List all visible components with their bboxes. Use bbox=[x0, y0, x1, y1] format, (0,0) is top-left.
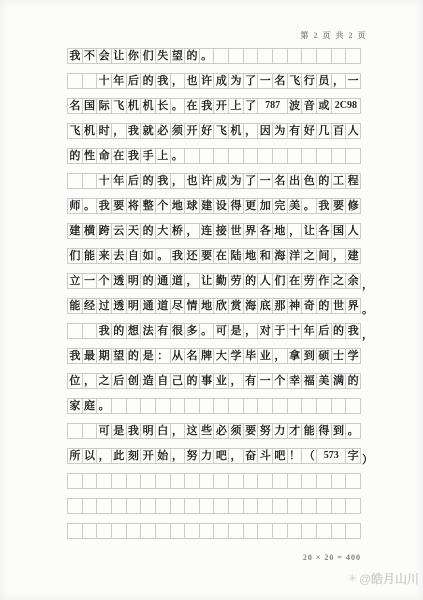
grid-cell: 美 bbox=[288, 199, 302, 213]
grid-row: 十年后的我，也许成为了一名飞行员，一 bbox=[67, 73, 361, 89]
grid-cell: 建 bbox=[200, 199, 214, 213]
grid-cell: 我 bbox=[156, 74, 170, 88]
grid-row: 名国际飞机机长。在我开上了787波音或2C98 bbox=[67, 98, 361, 114]
grid-size-label: 20 × 20 = 400 bbox=[303, 553, 361, 562]
grid-cell-empty bbox=[346, 399, 360, 413]
grid-cell: 们 bbox=[141, 49, 155, 63]
grid-cell: 。 bbox=[200, 49, 214, 63]
grid-cell: ， bbox=[229, 374, 243, 388]
grid-cell-empty bbox=[156, 499, 170, 513]
grid-cell: 明 bbox=[127, 299, 141, 313]
grid-cell: 须 bbox=[229, 424, 243, 438]
grid-cell-empty bbox=[68, 474, 82, 488]
grid-cell: 学 bbox=[346, 349, 360, 363]
grid-cell-empty bbox=[185, 499, 199, 513]
grid-cell: 劳 bbox=[229, 274, 243, 288]
grid-cell-empty bbox=[141, 474, 155, 488]
grid-cell: 去 bbox=[112, 249, 126, 263]
grid-cell: 地 bbox=[273, 224, 287, 238]
grid-cell-empty bbox=[214, 524, 228, 538]
grid-cell: 斗 bbox=[258, 449, 272, 463]
grid-cell-empty bbox=[171, 499, 185, 513]
grid-cell: ， bbox=[332, 74, 346, 88]
grid-cell: 满 bbox=[332, 374, 346, 388]
grid-cell: 的 bbox=[317, 299, 331, 313]
grid-cell-empty bbox=[83, 524, 97, 538]
composition-grid: 我不会让你们失望的。十年后的我，也许成为了一名飞行员，一名国际飞机机长。在我开上… bbox=[67, 48, 361, 548]
grid-cell-empty bbox=[302, 49, 316, 63]
grid-cell: 过 bbox=[97, 299, 111, 313]
grid-cell: 成 bbox=[214, 74, 228, 88]
grid-cell: 好 bbox=[200, 124, 214, 138]
grid-cell-empty bbox=[83, 324, 97, 338]
grid-cell: 还 bbox=[185, 249, 199, 263]
grid-cell-empty bbox=[156, 524, 170, 538]
grid-cell: 也 bbox=[185, 74, 199, 88]
grid-cell: 年 bbox=[302, 324, 316, 338]
grid-cell: 想 bbox=[127, 324, 141, 338]
grid-cell: 一 bbox=[258, 74, 272, 88]
grid-cell: 。 bbox=[171, 149, 185, 163]
grid-cell-empty bbox=[273, 49, 287, 63]
grid-cell: 了 bbox=[244, 174, 258, 188]
grid-cell: 一 bbox=[258, 374, 272, 388]
grid-cell: 在 bbox=[185, 99, 199, 113]
grid-row: 能经过透明通道尽情地欣赏海底那神奇的世界。 bbox=[67, 298, 361, 314]
grid-cell: 是 bbox=[112, 424, 126, 438]
grid-cell: 来 bbox=[97, 249, 111, 263]
grid-cell: 吧 bbox=[273, 449, 287, 463]
grid-cell: 到 bbox=[332, 424, 346, 438]
grid-cell: 立 bbox=[68, 274, 82, 288]
grid-cell-empty bbox=[68, 424, 82, 438]
grid-cell: 时 bbox=[97, 124, 111, 138]
grid-cell: 创 bbox=[127, 374, 141, 388]
grid-cell: 连 bbox=[200, 224, 214, 238]
grid-cell: 位 bbox=[68, 374, 82, 388]
grid-cell: 。 bbox=[200, 324, 214, 338]
grid-cell: 人 bbox=[258, 274, 272, 288]
grid-cell: 开 bbox=[141, 449, 155, 463]
grid-cell: 几 bbox=[317, 124, 331, 138]
grid-cell-empty bbox=[244, 399, 258, 413]
grid-cell: 我 bbox=[97, 199, 111, 213]
grid-cell: 百 bbox=[332, 124, 346, 138]
grid-cell: 的 bbox=[317, 174, 331, 188]
grid-cell: 为 bbox=[229, 174, 243, 188]
grid-cell: 了 bbox=[244, 74, 258, 88]
grid-cell: 就 bbox=[141, 124, 155, 138]
grid-cell: 的 bbox=[141, 274, 155, 288]
grid-cell: 建 bbox=[68, 224, 82, 238]
grid-cell: 我 bbox=[97, 324, 111, 338]
grid-cell: 奋 bbox=[244, 449, 258, 463]
grid-cell: 因 bbox=[258, 124, 272, 138]
grid-row: 我最期望的是：从名牌大学毕业，拿到硕士学 bbox=[67, 348, 361, 364]
overflow-punctuation: ， bbox=[362, 326, 373, 342]
grid-cell-empty bbox=[288, 149, 302, 163]
grid-cell: ， bbox=[332, 249, 346, 263]
grid-cell: 之 bbox=[302, 249, 316, 263]
grid-cell: 我 bbox=[127, 149, 141, 163]
grid-cell: 你 bbox=[127, 49, 141, 63]
grid-cell: 很 bbox=[171, 324, 185, 338]
grid-cell: 飞 bbox=[112, 99, 126, 113]
grid-cell: 世 bbox=[332, 299, 346, 313]
grid-row bbox=[67, 523, 361, 539]
grid-cell: 通 bbox=[141, 299, 155, 313]
grid-cell-empty bbox=[273, 149, 287, 163]
grid-cell-empty bbox=[244, 474, 258, 488]
grid-cell: 从 bbox=[171, 349, 185, 363]
grid-cell: 是 bbox=[229, 324, 243, 338]
grid-cell: 飞 bbox=[214, 124, 228, 138]
grid-cell: 一 bbox=[83, 274, 97, 288]
grid-cell: 一 bbox=[346, 74, 360, 88]
grid-cell-empty bbox=[214, 499, 228, 513]
grid-cell: 际 bbox=[97, 99, 111, 113]
grid-cell: 界 bbox=[244, 224, 258, 238]
grid-cell: ， bbox=[171, 424, 185, 438]
grid-cell: 和 bbox=[258, 249, 272, 263]
grid-cell-empty bbox=[185, 474, 199, 488]
grid-cell: 自 bbox=[127, 249, 141, 263]
grid-cell-empty bbox=[141, 524, 155, 538]
grid-cell: 地 bbox=[200, 299, 214, 313]
grid-cell: 望 bbox=[171, 49, 185, 63]
grid-cell-empty bbox=[156, 399, 170, 413]
grid-cell: 望 bbox=[112, 349, 126, 363]
grid-cell-empty bbox=[317, 499, 331, 513]
grid-cell: 自 bbox=[156, 374, 170, 388]
grid-cell-empty bbox=[273, 524, 287, 538]
grid-cell: 吧 bbox=[214, 449, 228, 463]
grid-cell: 。 bbox=[346, 424, 360, 438]
grid-cell-empty bbox=[112, 474, 126, 488]
grid-cell: 上 bbox=[156, 149, 170, 163]
grid-cell-empty bbox=[244, 499, 258, 513]
scanned-essay-page: 第 2 页 共 2 页 我不会让你们失望的。十年后的我，也许成为了一名飞行员，一… bbox=[0, 0, 423, 600]
grid-cell: ， bbox=[97, 449, 111, 463]
grid-cell: 也 bbox=[185, 174, 199, 188]
grid-cell: 事 bbox=[200, 374, 214, 388]
grid-cell-empty bbox=[185, 399, 199, 413]
grid-cell: 或 bbox=[317, 99, 331, 113]
grid-cell: 业 bbox=[258, 349, 272, 363]
grid-cell-empty bbox=[200, 149, 214, 163]
grid-cell: 得 bbox=[229, 199, 243, 213]
grid-cell: 许 bbox=[200, 74, 214, 88]
grid-cell-empty bbox=[346, 474, 360, 488]
grid-cell: 些 bbox=[200, 424, 214, 438]
grid-cell: 士 bbox=[332, 349, 346, 363]
grid-cell: 国 bbox=[332, 224, 346, 238]
grid-cell: 界 bbox=[346, 299, 360, 313]
grid-cell: 让 bbox=[112, 49, 126, 63]
grid-cell: 完 bbox=[273, 199, 287, 213]
grid-cell-empty bbox=[288, 524, 302, 538]
grid-cell: 后 bbox=[127, 174, 141, 188]
grid-cell: 修 bbox=[346, 199, 360, 213]
grid-cell: 上 bbox=[229, 99, 243, 113]
grid-cell: 情 bbox=[185, 299, 199, 313]
grid-cell-empty bbox=[127, 499, 141, 513]
grid-cell: ， bbox=[244, 124, 258, 138]
grid-cell: 接 bbox=[214, 224, 228, 238]
grid-cell-empty bbox=[185, 524, 199, 538]
grid-cell: 透 bbox=[112, 299, 126, 313]
grid-cell: 的 bbox=[346, 374, 360, 388]
grid-cell: 名 bbox=[273, 174, 287, 188]
grid-cell-empty bbox=[112, 499, 126, 513]
grid-cell: 许 bbox=[200, 174, 214, 188]
grid-cell: 的 bbox=[141, 74, 155, 88]
grid-cell: 之 bbox=[97, 374, 111, 388]
grid-cell: 将 bbox=[127, 199, 141, 213]
grid-cell: 努 bbox=[185, 449, 199, 463]
grid-cell: 师 bbox=[68, 199, 82, 213]
grid-cell: 后 bbox=[317, 324, 331, 338]
grid-cell-empty bbox=[302, 524, 316, 538]
grid-cell-empty bbox=[288, 474, 302, 488]
grid-cell: 787 bbox=[258, 99, 286, 113]
grid-cell: 的 bbox=[141, 174, 155, 188]
grid-cell-empty bbox=[83, 499, 97, 513]
grid-cell-empty bbox=[229, 399, 243, 413]
grid-cell: 可 bbox=[97, 424, 111, 438]
grid-cell: （ bbox=[302, 449, 316, 463]
grid-cell: 音 bbox=[302, 99, 316, 113]
grid-cell: 明 bbox=[127, 274, 141, 288]
grid-cell: 573 bbox=[317, 449, 345, 463]
grid-cell: 。 bbox=[302, 199, 316, 213]
grid-cell: 能 bbox=[302, 424, 316, 438]
grid-cell: 我 bbox=[346, 324, 360, 338]
grid-cell: 工 bbox=[332, 174, 346, 188]
grid-cell: 洋 bbox=[288, 249, 302, 263]
grid-cell-empty bbox=[127, 524, 141, 538]
watermark: ✳ @皓月山川 bbox=[348, 570, 419, 587]
grid-row: 家庭。 bbox=[67, 398, 361, 414]
grid-cell-empty bbox=[97, 524, 111, 538]
grid-cell-empty bbox=[200, 399, 214, 413]
grid-cell: 学 bbox=[229, 349, 243, 363]
grid-cell: 为 bbox=[229, 74, 243, 88]
grid-cell: 为 bbox=[273, 124, 287, 138]
grid-cell-empty bbox=[244, 49, 258, 63]
grid-cell: 能 bbox=[68, 299, 82, 313]
grid-cell: 世 bbox=[229, 224, 243, 238]
grid-cell: 失 bbox=[156, 49, 170, 63]
grid-cell: 幸 bbox=[288, 374, 302, 388]
grid-cell: 的 bbox=[332, 324, 346, 338]
grid-cell: 云 bbox=[112, 224, 126, 238]
flower-asterisk-icon: ✳ bbox=[348, 572, 357, 585]
grid-cell-empty bbox=[258, 474, 272, 488]
grid-cell-empty bbox=[229, 524, 243, 538]
grid-cell-empty bbox=[112, 524, 126, 538]
grid-cell: ， bbox=[273, 349, 287, 363]
grid-cell: 力 bbox=[273, 424, 287, 438]
grid-cell: 作 bbox=[317, 274, 331, 288]
grid-cell-empty bbox=[273, 499, 287, 513]
grid-cell: 此 bbox=[112, 449, 126, 463]
grid-cell: 机 bbox=[83, 124, 97, 138]
grid-cell-empty bbox=[68, 499, 82, 513]
grid-cell: 地 bbox=[244, 249, 258, 263]
grid-cell-empty bbox=[214, 149, 228, 163]
grid-cell-empty bbox=[244, 524, 258, 538]
grid-cell: 得 bbox=[317, 424, 331, 438]
grid-cell: 开 bbox=[214, 99, 228, 113]
grid-cell-empty bbox=[171, 524, 185, 538]
grid-cell: 我 bbox=[68, 49, 82, 63]
grid-cell: 要 bbox=[332, 199, 346, 213]
grid-cell-empty bbox=[83, 474, 97, 488]
grid-cell-empty bbox=[97, 474, 111, 488]
grid-row: 师。我要将整个地球建设得更加完美。我要修 bbox=[67, 198, 361, 214]
grid-cell: 我 bbox=[317, 199, 331, 213]
grid-cell: 多 bbox=[185, 324, 199, 338]
page-number-indicator: 第 2 页 共 2 页 bbox=[301, 30, 368, 41]
grid-cell-empty bbox=[112, 399, 126, 413]
grid-cell: 后 bbox=[112, 374, 126, 388]
grid-cell: 好 bbox=[302, 124, 316, 138]
grid-cell: 地 bbox=[171, 199, 185, 213]
grid-cell: ， bbox=[83, 374, 97, 388]
grid-cell: 于 bbox=[273, 324, 287, 338]
grid-cell-empty bbox=[317, 524, 331, 538]
grid-cell-empty bbox=[83, 74, 97, 88]
grid-cell: 们 bbox=[68, 249, 82, 263]
grid-cell: ， bbox=[112, 124, 126, 138]
grid-cell-empty bbox=[302, 474, 316, 488]
grid-cell: 硕 bbox=[317, 349, 331, 363]
grid-cell: 余 bbox=[346, 274, 360, 288]
grid-cell: 机 bbox=[229, 124, 243, 138]
grid-cell: 有 bbox=[244, 374, 258, 388]
grid-cell-empty bbox=[258, 499, 272, 513]
grid-cell: 美 bbox=[317, 374, 331, 388]
grid-cell: 员 bbox=[317, 74, 331, 88]
grid-cell: 在 bbox=[288, 274, 302, 288]
grid-cell: ， bbox=[185, 224, 199, 238]
grid-cell-empty bbox=[258, 49, 272, 63]
grid-cell: 尽 bbox=[171, 299, 185, 313]
grid-cell: 加 bbox=[258, 199, 272, 213]
grid-cell-empty bbox=[244, 149, 258, 163]
grid-cell: 人 bbox=[346, 224, 360, 238]
grid-cell-empty bbox=[273, 474, 287, 488]
grid-cell-empty bbox=[229, 49, 243, 63]
grid-row: 位，之后创造自己的事业，有一个幸福美满的 bbox=[67, 373, 361, 389]
grid-cell: 福 bbox=[302, 374, 316, 388]
grid-cell: 会 bbox=[97, 49, 111, 63]
grid-cell: 赏 bbox=[229, 299, 243, 313]
grid-cell: 刻 bbox=[127, 449, 141, 463]
grid-cell: 我 bbox=[171, 249, 185, 263]
grid-cell: 通 bbox=[156, 274, 170, 288]
grid-row bbox=[67, 498, 361, 514]
grid-cell: 飞 bbox=[68, 124, 82, 138]
grid-cell: 所 bbox=[68, 449, 82, 463]
grid-cell-empty bbox=[127, 399, 141, 413]
grid-cell-empty bbox=[302, 399, 316, 413]
grid-cell: 以 bbox=[83, 449, 97, 463]
grid-cell-empty bbox=[317, 149, 331, 163]
grid-cell-empty bbox=[317, 49, 331, 63]
grid-cell: ， bbox=[229, 449, 243, 463]
grid-cell-empty bbox=[332, 499, 346, 513]
grid-row: 的性命在我手上。 bbox=[67, 148, 361, 164]
grid-cell: ： bbox=[156, 349, 170, 363]
grid-cell: 。 bbox=[83, 199, 97, 213]
grid-cell: 机 bbox=[141, 99, 155, 113]
grid-cell: 出 bbox=[288, 174, 302, 188]
grid-cell-empty bbox=[273, 399, 287, 413]
grid-cell-empty bbox=[83, 174, 97, 188]
grid-cell: 的 bbox=[141, 224, 155, 238]
grid-cell: ！ bbox=[288, 449, 302, 463]
grid-cell: 的 bbox=[185, 374, 199, 388]
grid-cell: 。 bbox=[171, 99, 185, 113]
grid-cell-empty bbox=[346, 499, 360, 513]
grid-cell: 的 bbox=[185, 49, 199, 63]
grid-row: 我的想法有很多。可是，对于十年后的我， bbox=[67, 323, 361, 339]
grid-cell: ， bbox=[171, 174, 185, 188]
grid-cell-empty bbox=[141, 399, 155, 413]
grid-cell-empty bbox=[332, 149, 346, 163]
grid-cell: 海 bbox=[244, 299, 258, 313]
grid-cell: 牌 bbox=[200, 349, 214, 363]
grid-cell: 设 bbox=[214, 199, 228, 213]
grid-cell: 明 bbox=[141, 424, 155, 438]
grid-cell-empty bbox=[156, 474, 170, 488]
grid-cell: 我 bbox=[200, 99, 214, 113]
watermark-handle: @皓月山川 bbox=[359, 570, 419, 587]
grid-cell: ， bbox=[288, 224, 302, 238]
grid-row: 所以，此刻开始，努力吧，奋斗吧！（573字） bbox=[67, 448, 361, 464]
grid-cell: 要 bbox=[200, 249, 214, 263]
grid-cell: 要 bbox=[112, 199, 126, 213]
grid-cell: 。 bbox=[156, 249, 170, 263]
grid-cell: 程 bbox=[346, 174, 360, 188]
grid-cell: 球 bbox=[185, 199, 199, 213]
grid-cell-empty bbox=[229, 499, 243, 513]
grid-cell: 家 bbox=[68, 399, 82, 413]
grid-cell: 不 bbox=[83, 49, 97, 63]
grid-cell-empty bbox=[229, 474, 243, 488]
grid-cell: 十 bbox=[97, 174, 111, 188]
grid-cell-empty bbox=[346, 49, 360, 63]
grid-cell: 毕 bbox=[244, 349, 258, 363]
grid-row: 立一个透明的通道，让勤劳的人们在劳作之余， bbox=[67, 273, 361, 289]
grid-cell-empty bbox=[288, 49, 302, 63]
grid-row: 建横跨云天的大桥，连接世界各地，让各国人 bbox=[67, 223, 361, 239]
grid-row: 我不会让你们失望的。 bbox=[67, 48, 361, 64]
grid-cell: 。 bbox=[97, 399, 111, 413]
grid-cell: 长 bbox=[156, 99, 170, 113]
grid-cell: 如 bbox=[141, 249, 155, 263]
grid-cell: 的 bbox=[244, 274, 258, 288]
grid-cell: 横 bbox=[83, 224, 97, 238]
grid-cell: 期 bbox=[97, 349, 111, 363]
grid-cell: 建 bbox=[346, 249, 360, 263]
grid-cell: 拿 bbox=[288, 349, 302, 363]
grid-cell: 波 bbox=[288, 99, 302, 113]
grid-cell: 努 bbox=[258, 424, 272, 438]
grid-row bbox=[67, 473, 361, 489]
